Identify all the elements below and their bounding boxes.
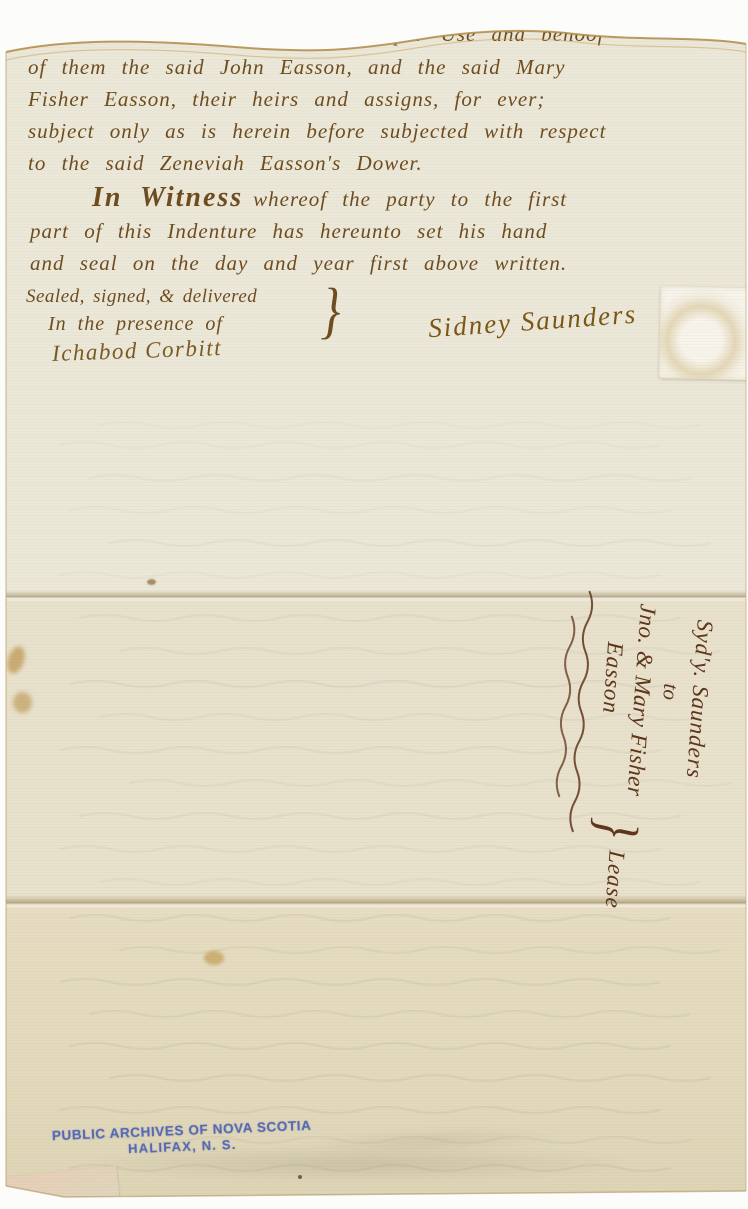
attestation-line-2: In the presence of [48,313,223,336]
endorsement-block: Syd'y. Saunders to Jno. & Mary Fisher Ea… [544,580,716,910]
endorsement-connector: to [657,683,683,701]
seal-patch [659,286,748,380]
witness-clause-lead-in: In Witness [92,182,243,213]
page-section-bottom [0,902,748,1209]
body-line-1: shall be declared; to the only proper Us… [28,22,604,47]
body-line-5: to the said Zeneviah Easson's Dower. [28,151,423,176]
body-line-2: of them the said John Easson, and the sa… [28,55,565,80]
witness-clause-line-1-rest: whereof the party to the first [253,187,567,211]
body-line-4: subject only as is herein before subject… [28,119,606,144]
endorsement-party-to-line-1: Jno. & Mary Fisher [621,603,660,797]
witness-clause-line-2: part of this Indenture has hereunto set … [30,219,547,244]
document-page: shall be declared; to the only proper Us… [0,0,748,1209]
witness-clause-line-1: In Witnesswhereof the party to the first [92,182,567,214]
endorsement-brace: } [584,816,652,839]
ink-speck [430,14,435,28]
witness-clause-line-3: and seal on the day and year first above… [30,251,567,276]
endorsement-doc-type: Lease [600,849,630,909]
scan-background: shall be declared; to the only proper Us… [0,0,748,1209]
body-line-3: Fisher Easson, their heirs and assigns, … [28,87,545,112]
attestation-brace: } [320,276,340,347]
endorsement-party-to-line-2: Easson [597,641,628,715]
attestation-line-1: Sealed, signed, & delivered [26,286,257,308]
